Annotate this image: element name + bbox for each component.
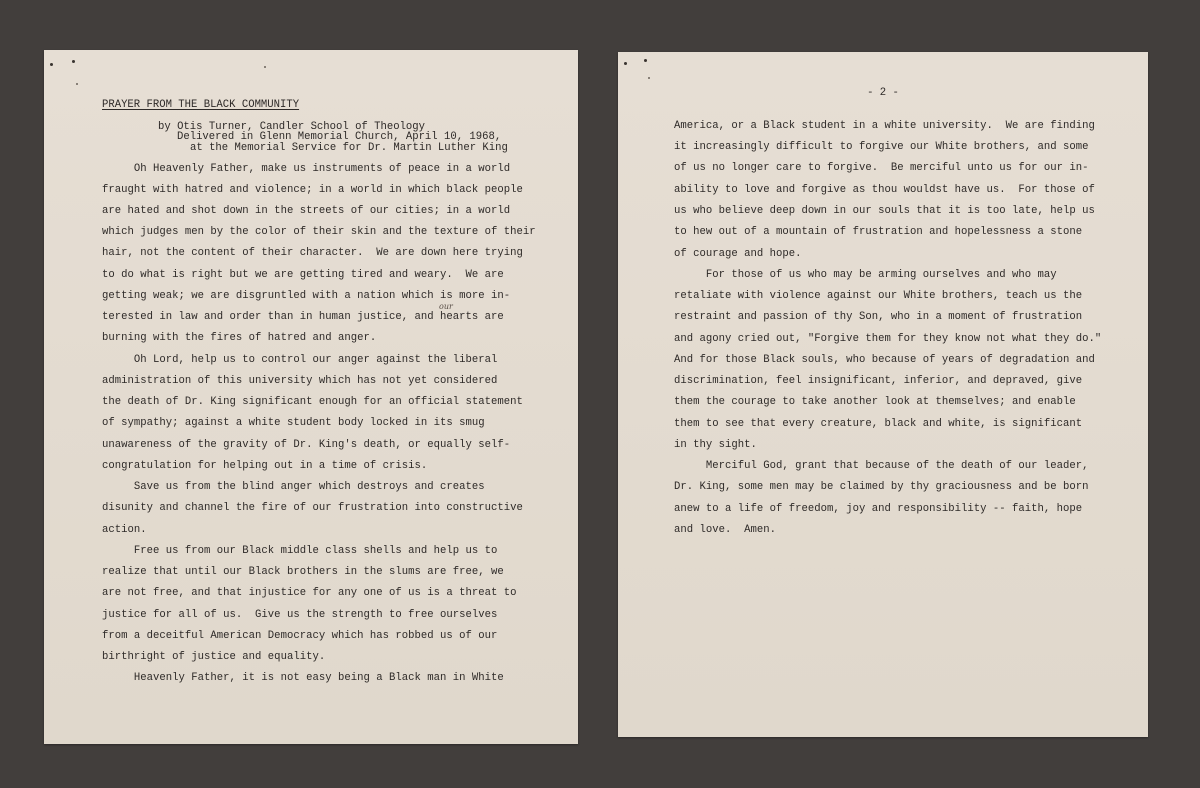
punch-mark [644, 59, 647, 62]
text-line: anew to a life of freedom, joy and respo… [674, 502, 1082, 516]
document-page-1: PRAYER FROM THE BLACK COMMUNITY by Otis … [44, 50, 578, 744]
text-line: ability to love and forgive as thou woul… [674, 183, 1095, 197]
punch-mark [76, 83, 78, 85]
text-line: to do what is right but we are getting t… [102, 268, 504, 282]
text-line: justice for all of us. Give us the stren… [102, 608, 497, 622]
text-line: to hew out of a mountain of frustration … [674, 225, 1082, 239]
text-line: us who believe deep down in our souls th… [674, 204, 1095, 218]
text-line: hair, not the content of their character… [102, 246, 523, 260]
text-line: are not free, and that injustice for any… [102, 586, 517, 600]
text-line: from a deceitful American Democracy whic… [102, 629, 497, 643]
punch-mark [50, 63, 53, 66]
text-line: retaliate with violence against our Whit… [674, 289, 1082, 303]
text-line: and agony cried out, "Forgive them for t… [674, 332, 1101, 346]
punch-mark [624, 62, 627, 65]
text-line: Free us from our Black middle class shel… [102, 544, 497, 558]
text-line: birthright of justice and equality. [102, 650, 325, 664]
document-page-2: - 2 - America, or a Black student in a w… [618, 52, 1148, 737]
text-line: in thy sight. [674, 438, 757, 452]
text-line: Oh Heavenly Father, make us instruments … [102, 162, 510, 176]
document-title: PRAYER FROM THE BLACK COMMUNITY [102, 99, 299, 111]
text-line: congratulation for helping out in a time… [102, 459, 427, 473]
byline-occasion: at the Memorial Service for Dr. Martin L… [190, 142, 508, 154]
text-line: Oh Lord, help us to control our anger ag… [102, 353, 497, 367]
text-line: the death of Dr. King significant enough… [102, 395, 523, 409]
text-line: them to see that every creature, black a… [674, 417, 1082, 431]
text-line: Heavenly Father, it is not easy being a … [102, 671, 504, 685]
text-line: terested in law and order than in human … [102, 310, 504, 324]
speck [264, 66, 266, 68]
text-line: Dr. King, some men may be claimed by thy… [674, 480, 1089, 494]
text-line: Merciful God, grant that because of the … [674, 459, 1089, 473]
text-line: which judges men by the color of their s… [102, 225, 536, 239]
text-line: it increasingly difficult to forgive our… [674, 140, 1089, 154]
text-line: Save us from the blind anger which destr… [102, 480, 485, 494]
text-line: and love. Amen. [674, 523, 776, 537]
page-1-body: Oh Heavenly Father, make us instruments … [102, 162, 572, 486]
text-line: getting weak; we are disgruntled with a … [102, 289, 510, 303]
text-line: of us no longer care to forgive. Be merc… [674, 161, 1089, 175]
text-line: restraint and passion of thy Son, who in… [674, 310, 1082, 324]
text-line: discrimination, feel insignificant, infe… [674, 374, 1082, 388]
handwritten-insertion: our [439, 302, 453, 311]
text-line: action. [102, 523, 147, 537]
punch-mark [648, 77, 650, 79]
page-2-body: America, or a Black student in a white u… [674, 119, 1144, 383]
punch-mark [72, 60, 75, 63]
text-line: fraught with hatred and violence; in a w… [102, 183, 523, 197]
text-line: unawareness of the gravity of Dr. King's… [102, 438, 510, 452]
text-line: For those of us who may be arming oursel… [674, 268, 1057, 282]
text-line: disunity and channel the fire of our fru… [102, 501, 523, 515]
text-line: are hated and shot down in the streets o… [102, 204, 510, 218]
text-line: them the courage to take another look at… [674, 395, 1076, 409]
text-line: of sympathy; against a white student bod… [102, 416, 485, 430]
page-number: - 2 - [618, 87, 1148, 99]
text-line: administration of this university which … [102, 374, 497, 388]
text-line: And for those Black souls, who because o… [674, 353, 1095, 367]
text-line: America, or a Black student in a white u… [674, 119, 1095, 133]
text-line: realize that until our Black brothers in… [102, 565, 504, 579]
text-line: burning with the fires of hatred and ang… [102, 331, 376, 345]
text-line: of courage and hope. [674, 247, 802, 261]
